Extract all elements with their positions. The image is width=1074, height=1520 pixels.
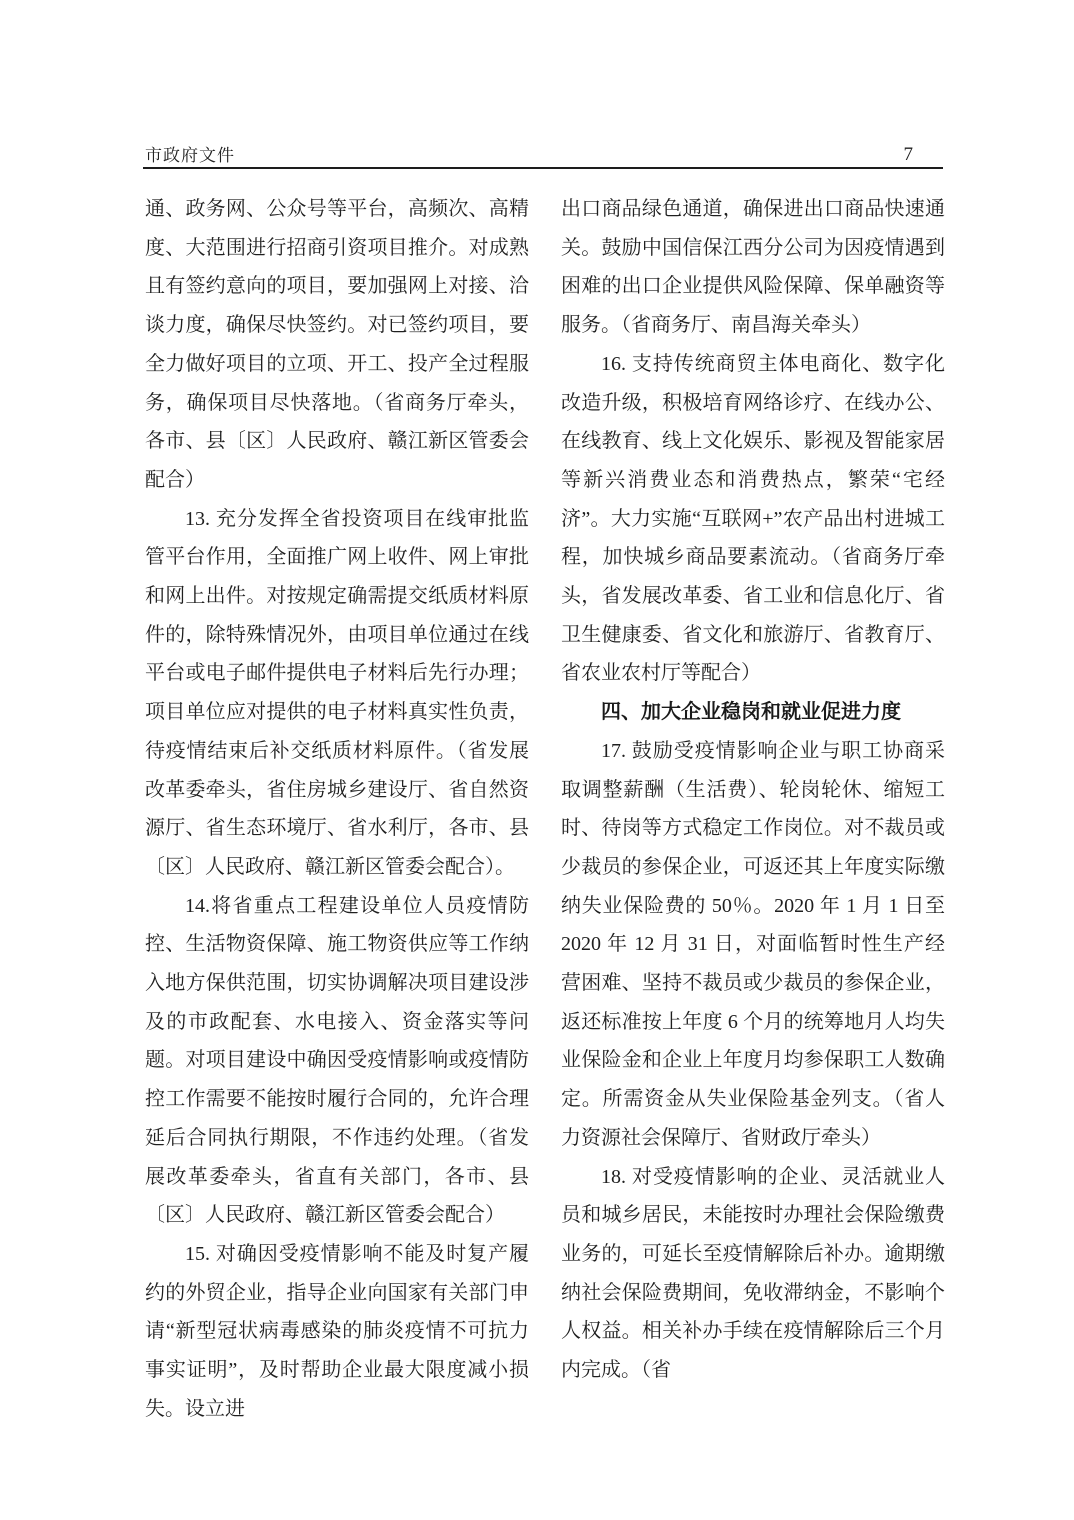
right-column: 出口商品绿色通道，确保进出口商品快速通关。鼓励中国信保江西分公司为因疫情遇到困难…: [561, 190, 945, 1429]
left-column: 通、政务网、公众号等平台，高频次、高精度、大范围进行招商引资项目推介。对成熟且有…: [145, 190, 529, 1429]
paragraph-item-14: 14.将省重点工程建设单位人员疫情防控、生活物资保障、施工物资供应等工作纳入地方…: [145, 887, 529, 1235]
text-columns: 通、政务网、公众号等平台，高频次、高精度、大范围进行招商引资项目推介。对成熟且有…: [145, 190, 945, 1429]
page-number: 7: [904, 144, 914, 166]
paragraph-continuation: 出口商品绿色通道，确保进出口商品快速通关。鼓励中国信保江西分公司为因疫情遇到困难…: [561, 190, 945, 345]
document-page: 市政府文件 7 通、政务网、公众号等平台，高频次、高精度、大范围进行招商引资项目…: [0, 0, 1074, 1520]
paragraph-item-15: 15. 对确因受疫情影响不能及时复产履约的外贸企业，指导企业向国家有关部门申请“…: [145, 1235, 529, 1429]
paragraph-item-18: 18. 对受疫情影响的企业、灵活就业人员和城乡居民，未能按时办理社会保险缴费业务…: [561, 1158, 945, 1390]
section-heading: 四、加大企业稳岗和就业促进力度: [561, 693, 945, 732]
page-header: 市政府文件 7: [143, 140, 943, 166]
paragraph-item-16: 16. 支持传统商贸主体电商化、数字化改造升级，积极培育网络诊疗、在线办公、在线…: [561, 345, 945, 693]
paragraph-item-13: 13. 充分发挥全省投资项目在线审批监管平台作用，全面推广网上收件、网上审批和网…: [145, 500, 529, 887]
header-rule: [143, 167, 943, 169]
paragraph-item-17: 17. 鼓励受疫情影响企业与职工协商采取调整薪酬（生活费）、轮岗轮休、缩短工时、…: [561, 732, 945, 1158]
paragraph-continuation: 通、政务网、公众号等平台，高频次、高精度、大范围进行招商引资项目推介。对成熟且有…: [145, 190, 529, 500]
header-title: 市政府文件: [143, 141, 235, 166]
